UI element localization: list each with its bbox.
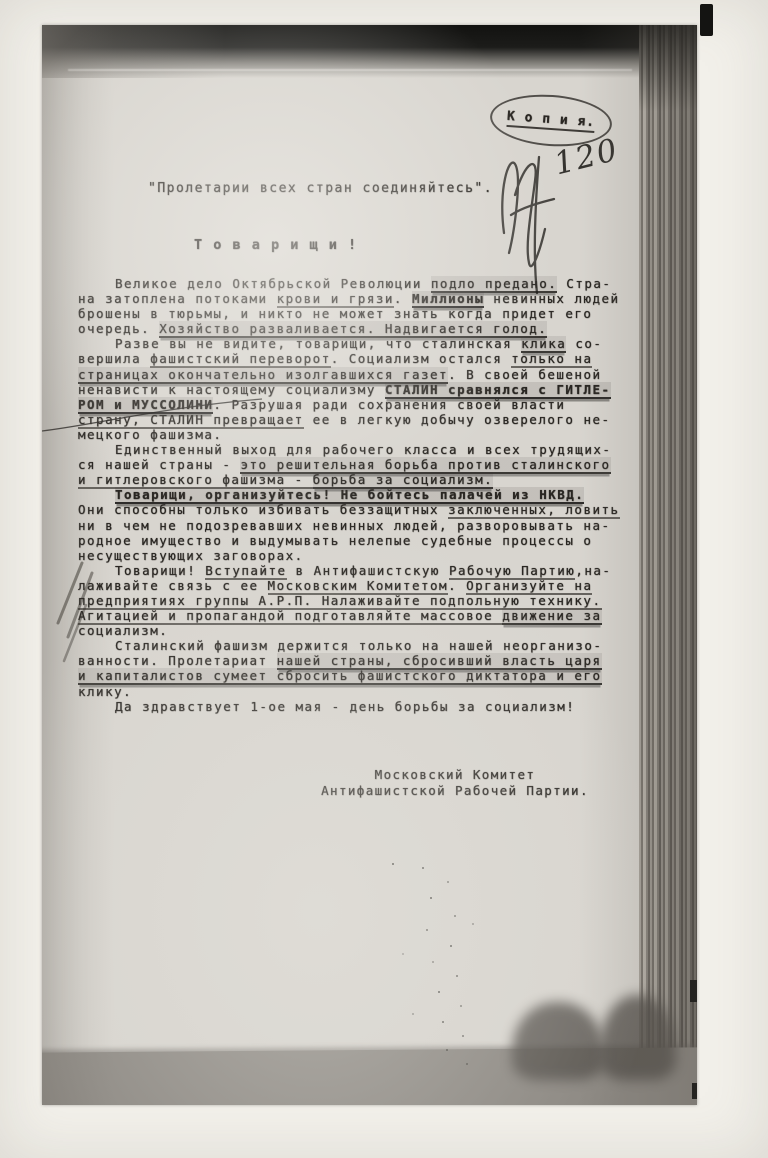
signature-block: Московский Комитет Антифашистской Рабоче… <box>240 767 670 798</box>
doc-line: страну, СТАЛИН превращает ее в легкую до… <box>78 412 678 427</box>
doc-line: очередь. Хозяйство разваливается. Надвиг… <box>78 321 678 336</box>
copy-stamp-label: К о п и я. <box>506 108 595 132</box>
doc-line: Товарищи, организуйтесь! Не бойтесь пала… <box>78 487 678 502</box>
doc-line: Да здравствует 1-ое мая - день борьбы за… <box>78 699 678 714</box>
doc-line: предприятиях группы А.Р.П. Налаживайте п… <box>78 593 678 608</box>
doc-line: Великое дело Октябрьской Революции подло… <box>78 276 678 291</box>
doc-line: Единственный выход для рабочего класса и… <box>78 442 678 457</box>
doc-line: несуществующих заговорах. <box>78 548 678 563</box>
emulsion-mark <box>690 980 697 1002</box>
doc-line: брошены в тюрьмы, и никто не может знать… <box>78 306 678 321</box>
photograph-scan: { "photo": { "copy_stamp": "К о п и я.",… <box>0 0 768 1158</box>
photo-corner-blot <box>700 4 713 36</box>
salutation-line: Т о в а р и щ и ! <box>194 237 358 253</box>
paper-speckles <box>392 863 394 865</box>
doc-line: вершила фашистский переворот. Социализм … <box>78 351 678 366</box>
document-photo: К о п и я. 120 "Пролетарии всех стран со… <box>42 25 697 1105</box>
masthead-slogan: "Пролетарии всех стран соединяйтесь". <box>148 181 493 196</box>
doc-line: родное имущество и выдумывать нелепые су… <box>78 533 678 548</box>
doc-line: страницах окончательно изолгавшихся газе… <box>78 367 678 382</box>
doc-line: Они способны только избивать беззащитных… <box>78 502 678 517</box>
doc-line: РОМ и МУССОЛИНИ. Разрушая ради сохранени… <box>78 397 678 412</box>
doc-line: Сталинский фашизм держится только на наш… <box>78 638 678 653</box>
doc-line: ни в чем не подозревавших невинных людей… <box>78 518 678 533</box>
doc-line: мецкого фашизма. <box>78 427 678 442</box>
doc-line: социализм. <box>78 623 678 638</box>
photo-top-shadow <box>42 25 697 78</box>
doc-line: ванности. Пролетариат нашей страны, сбро… <box>78 653 678 668</box>
doc-line: и гитлеровского фашизма - борьба за соци… <box>78 472 678 487</box>
document-body: Великое дело Октябрьской Революции подло… <box>78 276 678 714</box>
signature-party: Антифашистской Рабочей Партии. <box>240 783 670 799</box>
doc-line: на затоплена потоками крови и грязи. Мил… <box>78 291 678 306</box>
doc-line: ся нашей страны - это решительная борьба… <box>78 457 678 472</box>
doc-line: клику. <box>78 684 678 699</box>
doc-line: ненависти к настоящему социализму СТАЛИН… <box>78 382 678 397</box>
doc-line: Товарищи! Вступайте в Антифашистскую Раб… <box>78 563 678 578</box>
signature-committee: Московский Комитет <box>240 767 670 783</box>
doc-line: Агитацией и пропагандой подготавляйте ма… <box>78 608 678 623</box>
doc-line: Разве вы не видите, товарищи, что сталин… <box>78 336 678 351</box>
finger-shadow <box>512 1002 604 1080</box>
doc-line: и капиталистов сумеет сбросить фашистско… <box>78 668 678 683</box>
emulsion-mark <box>692 1083 697 1099</box>
doc-line: лаживайте связь с ее Московским Комитето… <box>78 578 678 593</box>
